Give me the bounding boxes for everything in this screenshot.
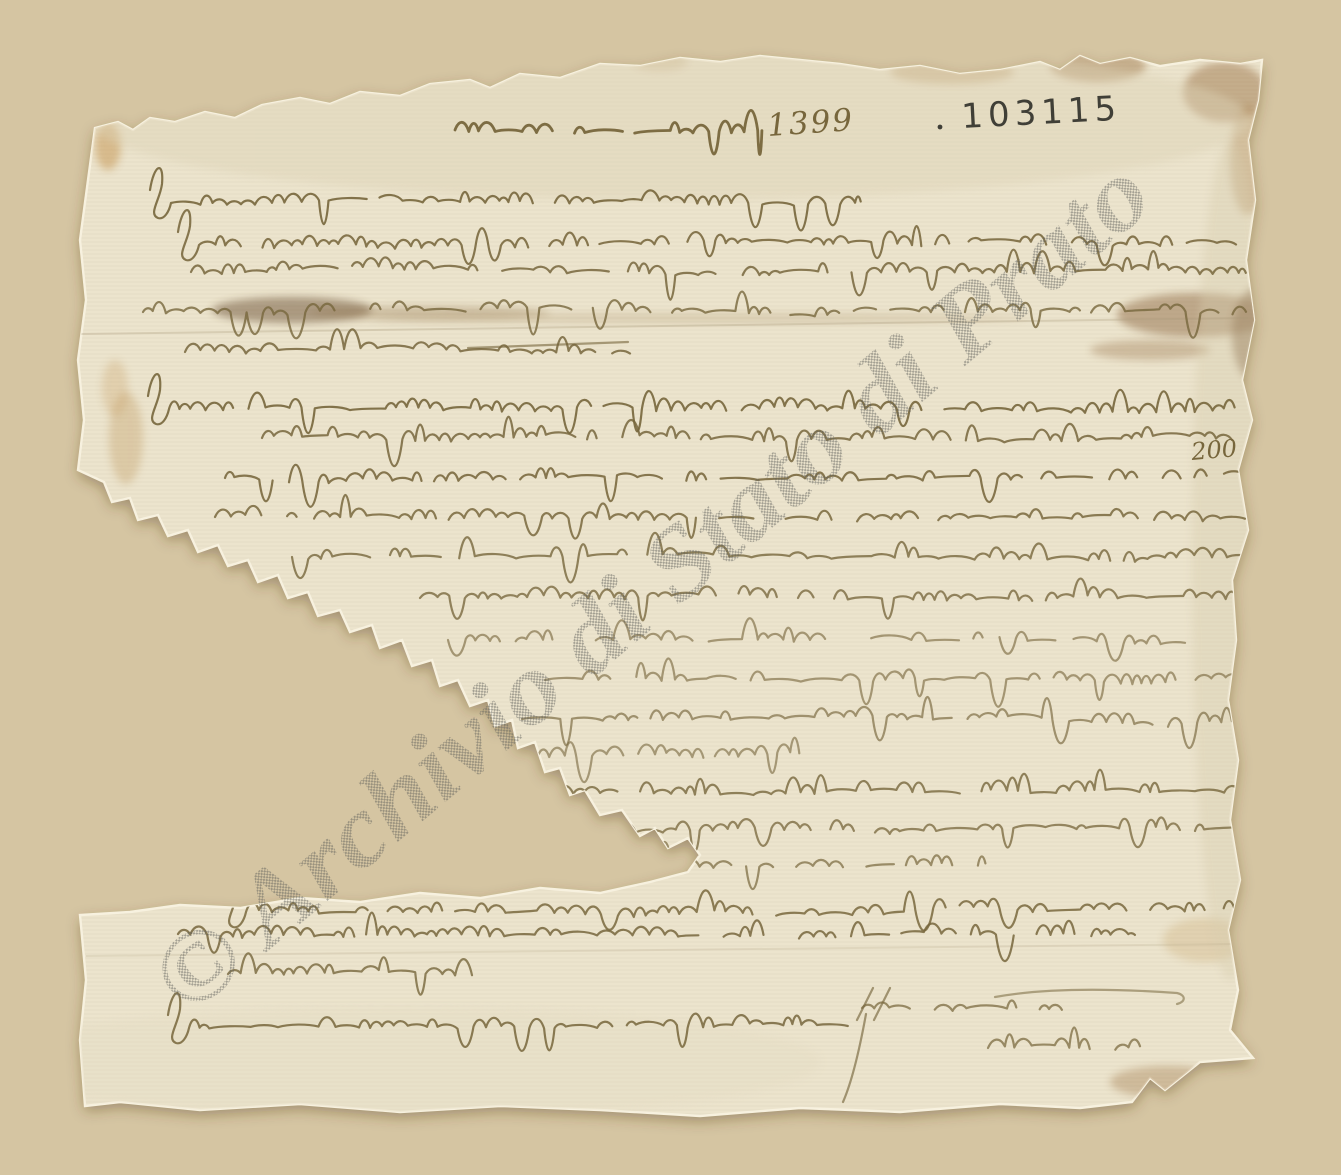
date-year-numeral: 1399 <box>766 102 855 144</box>
paper-stain <box>102 360 128 416</box>
paper-stain <box>1090 340 1210 360</box>
archive-number-group: 103115 <box>938 89 1122 137</box>
scanned-letter-background: 1399 200 103115 © Archivio di Stato di P… <box>0 0 1341 1175</box>
paper-stain <box>0 1007 820 1117</box>
letter-scan: 1399 200 103115 © Archivio di Stato di P… <box>0 0 1341 1175</box>
amount-numeral: 200 <box>1189 434 1238 466</box>
ink-dot <box>938 125 943 130</box>
archive-number: 103115 <box>960 89 1122 137</box>
